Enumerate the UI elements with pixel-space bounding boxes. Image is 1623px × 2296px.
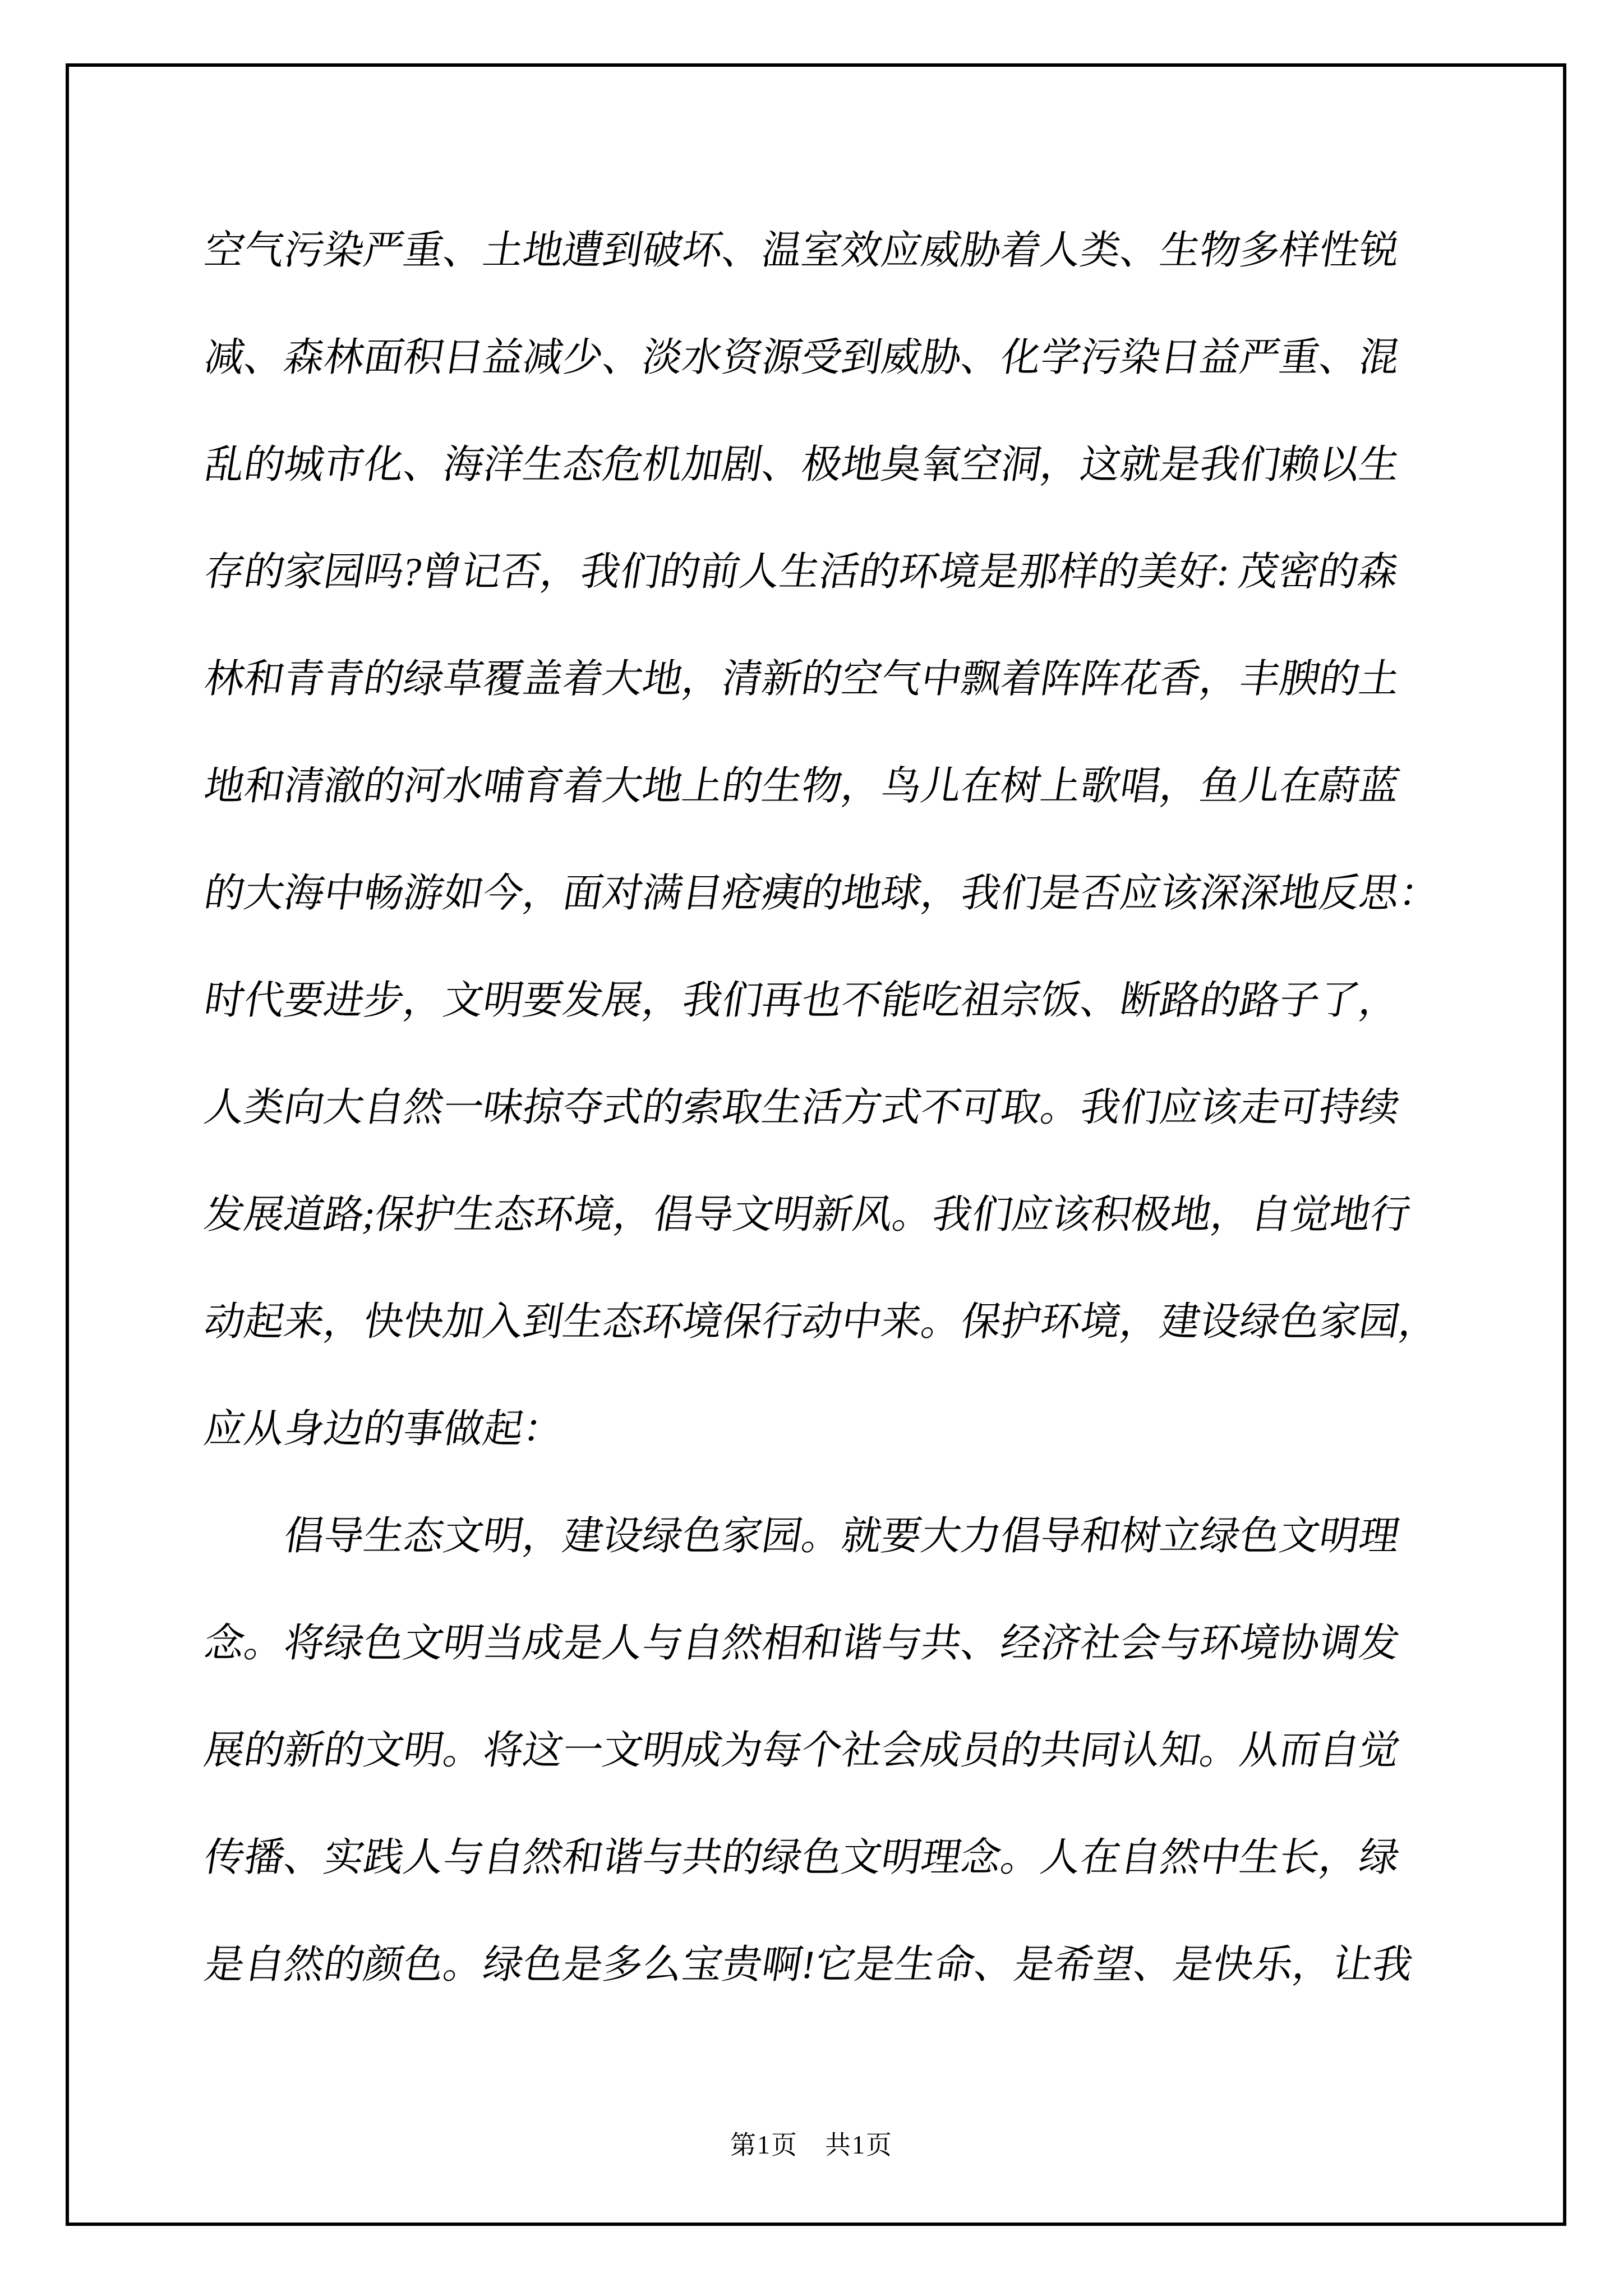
document-page: 空气污染严重、土地遭到破坏、温室效应威胁着人类、生物多样性锐 减、森林面积日益减… <box>0 0 1623 2296</box>
text-line-9: 人类向大自然一味掠夺式的索取生活方式不可取。我们应该走可持续 <box>196 1055 1503 1162</box>
text-line-4: 存的家园吗?曾记否，我们的前人生活的环境是那样的美好: 茂密的森 <box>196 519 1503 626</box>
text-line-11: 动起来，快快加入到生态环境保行动中来。保护环境，建设绿色家园， <box>196 1269 1503 1376</box>
text-line-1: 空气污染严重、土地遭到破坏、温室效应威胁着人类、生物多样性锐 <box>196 197 1503 305</box>
page-footer: 第1页 共1页 <box>0 2131 1623 2159</box>
body-text: 空气污染严重、土地遭到破坏、温室效应威胁着人类、生物多样性锐 减、森林面积日益减… <box>200 197 1490 2019</box>
text-line-15: 展的新的文明。将这一文明成为每个社会成员的共同认知。从而自觉 <box>196 1697 1503 1805</box>
text-line-5: 林和青青的绿草覆盖着大地，清新的空气中飘着阵阵花香，丰腴的土 <box>196 626 1503 733</box>
text-line-10: 发展道路;保护生态环境，倡导文明新风。我们应该积极地，自觉地行 <box>196 1162 1503 1269</box>
text-line-16: 传播、实践人与自然和谐与共的绿色文明理念。人在自然中生长，绿 <box>196 1805 1503 1912</box>
text-line-6: 地和清澈的河水哺育着大地上的生物，鸟儿在树上歌唱，鱼儿在蔚蓝 <box>196 733 1503 840</box>
text-line-12: 应从身边的事做起： <box>196 1376 1503 1483</box>
text-line-2: 减、森林面积日益减少、淡水资源受到威胁、化学污染日益严重、混 <box>196 305 1503 412</box>
text-line-13: 倡导生态文明，建设绿色家园。就要大力倡导和树立绿色文明理 <box>196 1483 1503 1590</box>
text-line-8: 时代要进步，文明要发展，我们再也不能吃祖宗饭、断路的路子了， <box>196 947 1503 1055</box>
text-line-3: 乱的城市化、海洋生态危机加剧、极地臭氧空洞，这就是我们赖以生 <box>196 412 1503 519</box>
text-line-17: 是自然的颜色。绿色是多么宝贵啊!它是生命、是希望、是快乐，让我 <box>196 1912 1503 2019</box>
text-line-14: 念。将绿色文明当成是人与自然相和谐与共、经济社会与环境协调发 <box>196 1590 1503 1697</box>
text-line-7: 的大海中畅游如今，面对满目疮痍的地球，我们是否应该深深地反思： <box>196 840 1503 947</box>
